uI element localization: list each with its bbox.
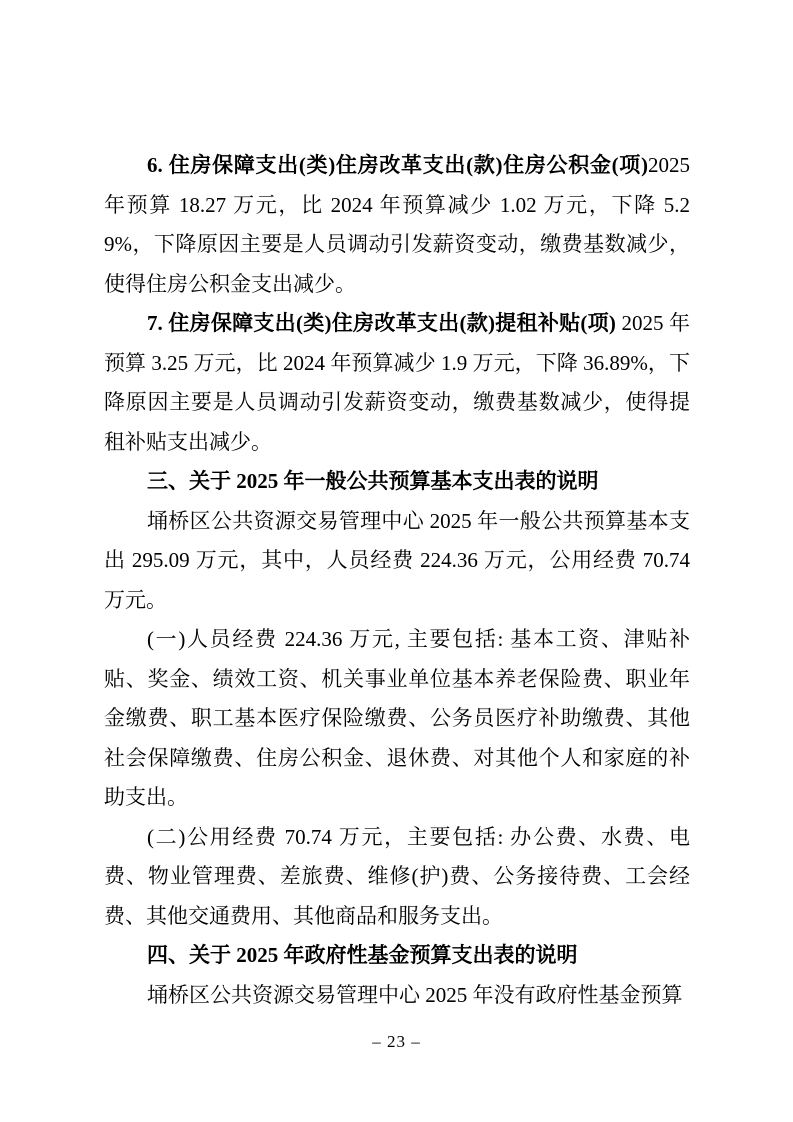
para-basic-expenditure-total: 埇桥区公共资源交易管理中心 2025 年一般公共预算基本支出 295.09 万元…	[104, 502, 690, 621]
page-footer: – 23 –	[0, 1030, 793, 1054]
document-body: 6. 住房保障支出(类)住房改革支出(款)住房公积金(项)2025 年预算 18…	[104, 0, 690, 1015]
page-number: – 23 –	[372, 1032, 421, 1051]
para-gov-fund-budget: 埇桥区公共资源交易管理中心 2025 年没有政府性基金预算	[104, 976, 690, 1016]
para-item6-lead: 6. 住房保障支出(类)住房改革支出(款)住房公积金(项)	[147, 153, 648, 177]
para-public-funds: (二)公用经费 70.74 万元，主要包括: 办公费、水费、电费、物业管理费、差…	[104, 818, 690, 937]
para-item7-lead: 7. 住房保障支出(类)住房改革支出(款)提租补贴(项)	[147, 311, 616, 335]
heading-section3-basic-expenditure: 三、关于 2025 年一般公共预算基本支出表的说明	[104, 462, 690, 502]
para-item7-rent-subsidy: 7. 住房保障支出(类)住房改革支出(款)提租补贴(项) 2025 年预算 3.…	[104, 304, 690, 462]
para-item6-housing-provident-fund: 6. 住房保障支出(类)住房改革支出(款)住房公积金(项)2025 年预算 18…	[104, 146, 690, 304]
para-personnel-funds: (一)人员经费 224.36 万元, 主要包括: 基本工资、津贴补贴、奖金、绩效…	[104, 620, 690, 818]
heading-section4-gov-fund-budget: 四、关于 2025 年政府性基金预算支出表的说明	[104, 936, 690, 976]
